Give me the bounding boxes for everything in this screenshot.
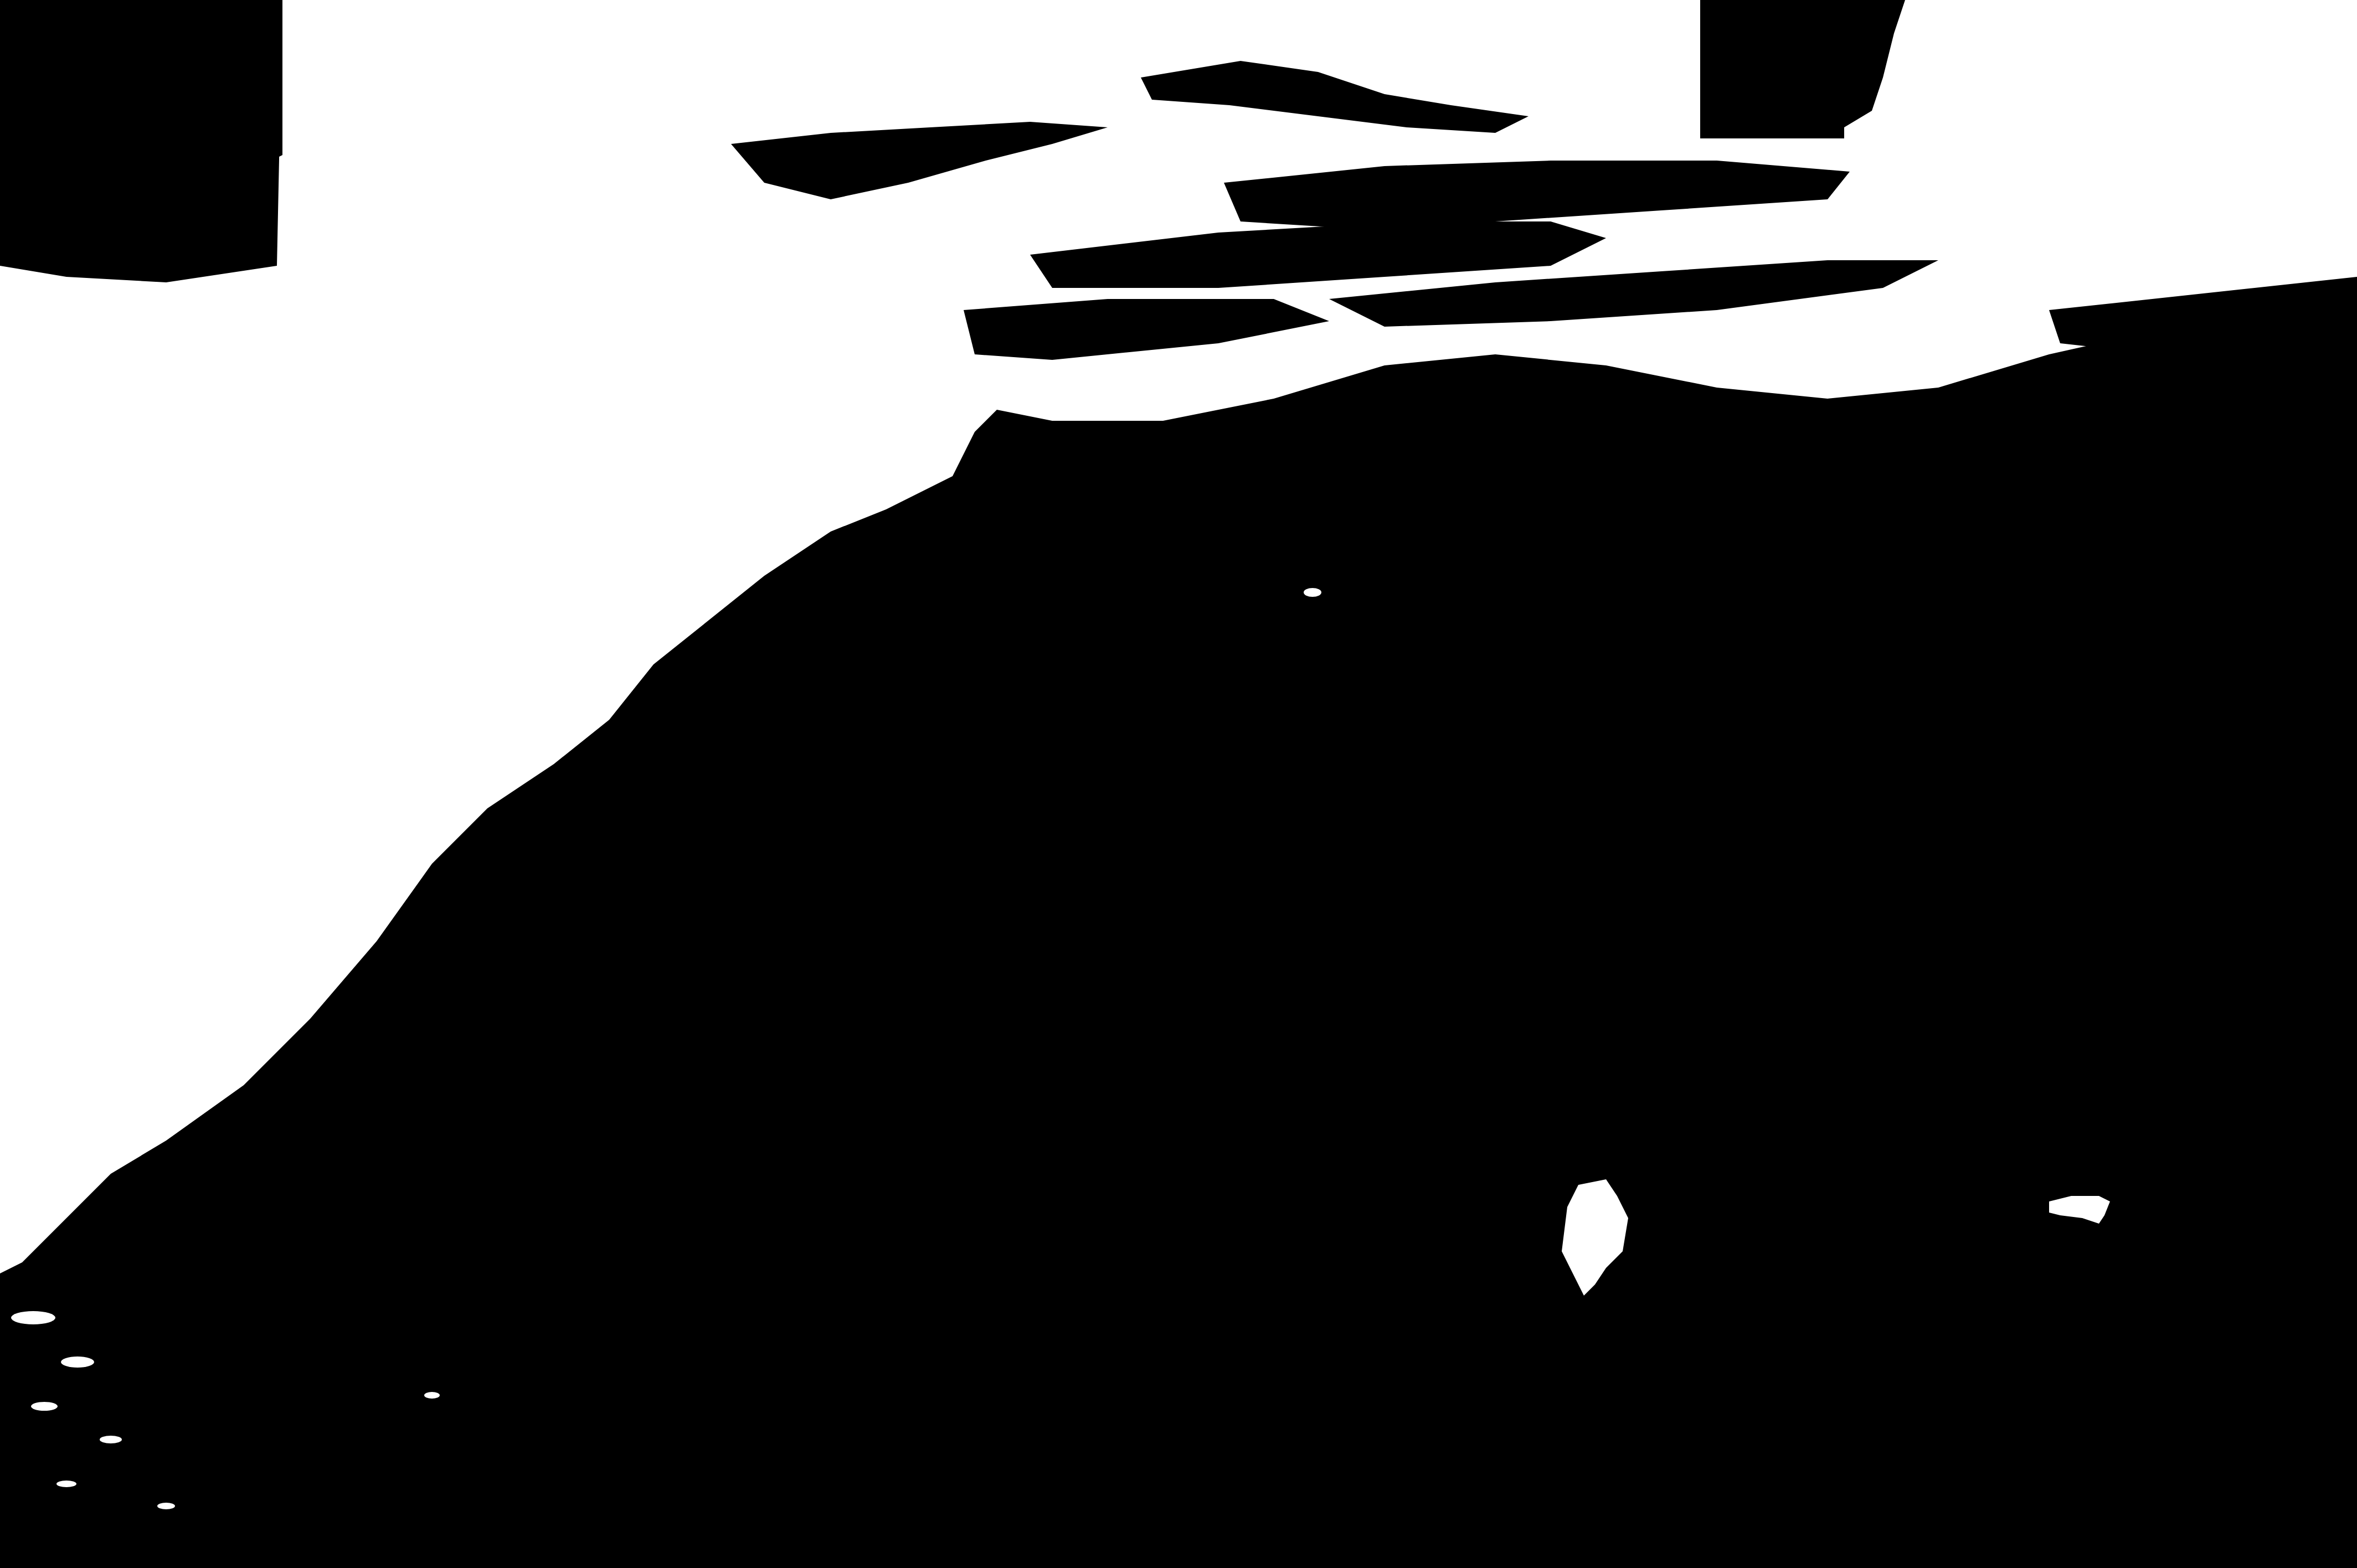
landscape-photo: [0, 0, 2357, 1568]
